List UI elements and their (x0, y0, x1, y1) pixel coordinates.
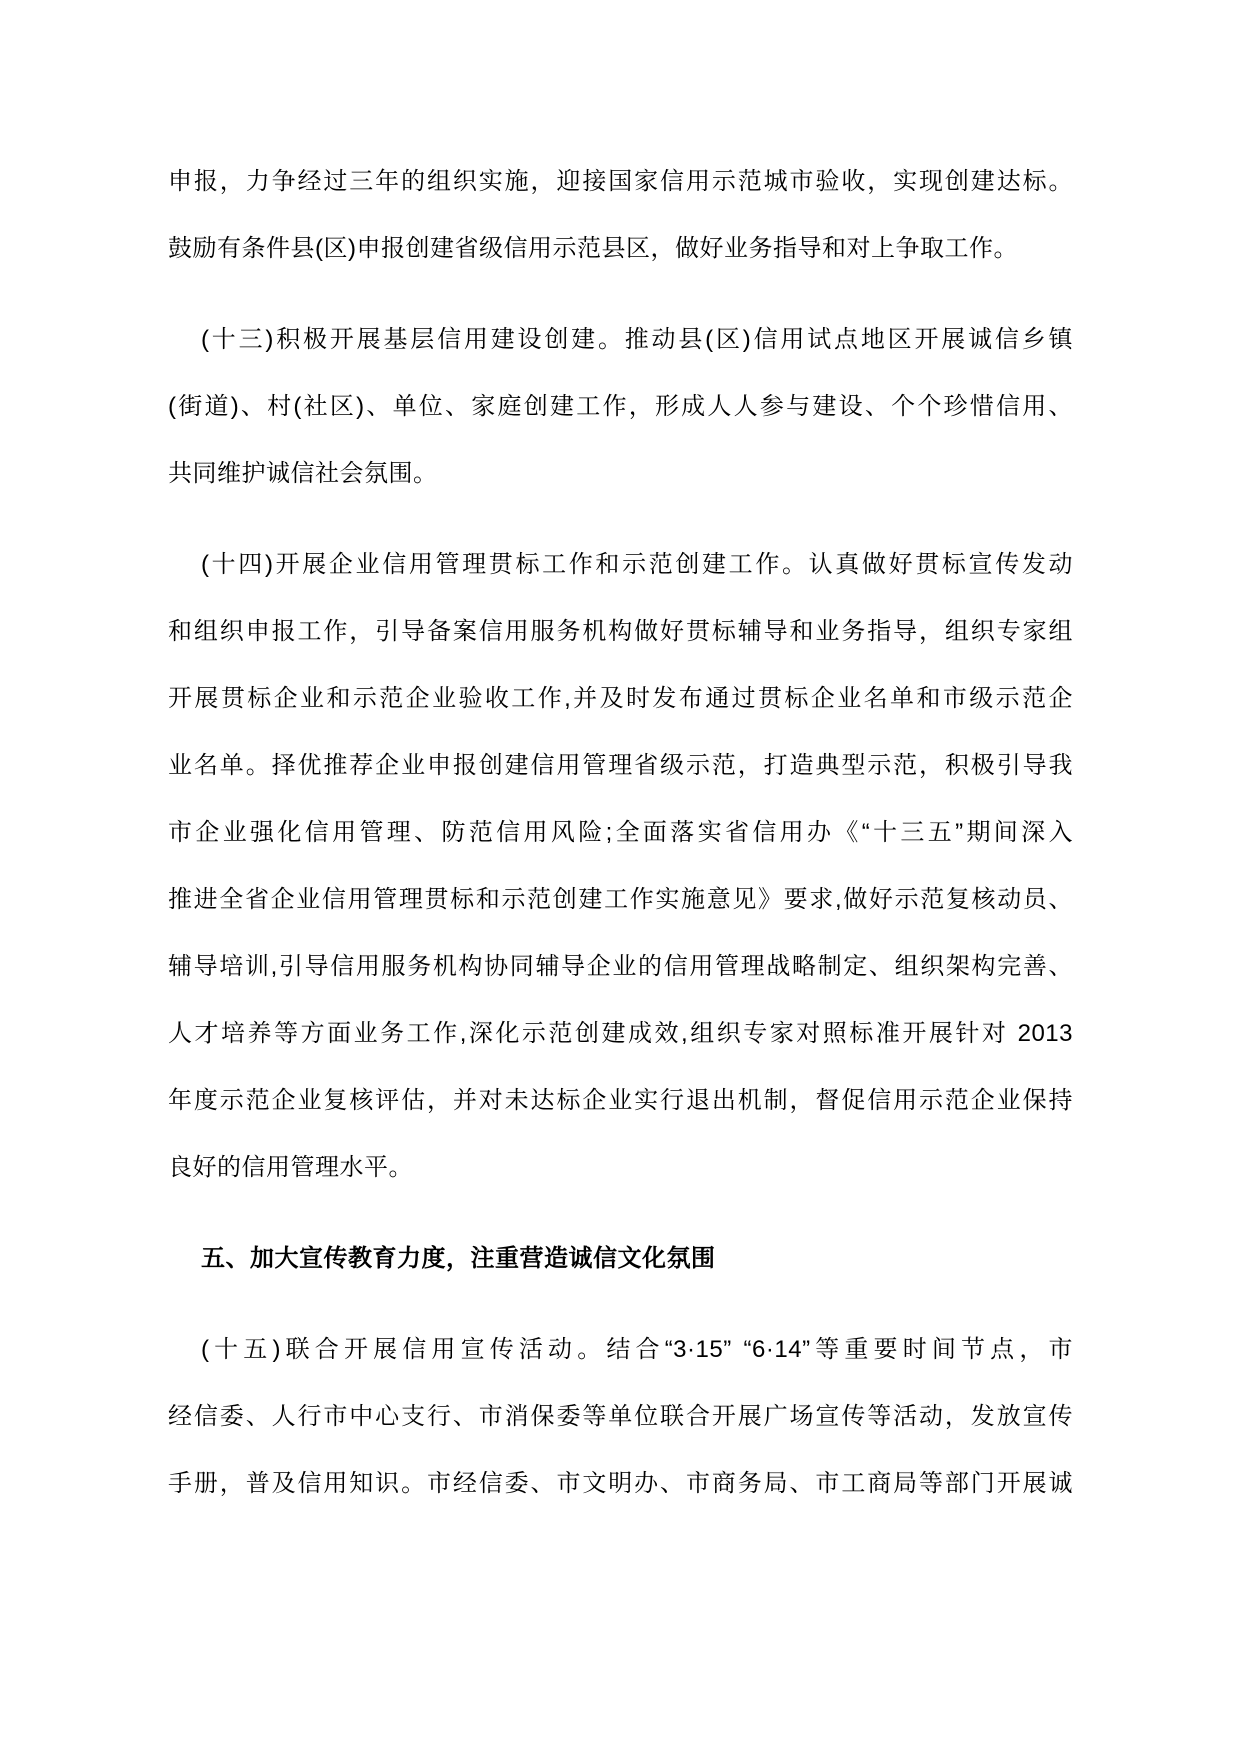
section-heading-text: 五、加大宣传教育力度，注重营造诚信文化氛围 (168, 1225, 1073, 1292)
text-line: (十五)联合开展信用宣传活动。结合“3·15” “6·14”等重要时间节点，市 (168, 1316, 1073, 1383)
text-line: 年度示范企业复核评估，并对未达标企业实行退出机制，督促信用示范企业保持 (168, 1067, 1073, 1134)
text-line: (十四)开展企业信用管理贯标工作和示范创建工作。认真做好贯标宣传发动 (168, 531, 1073, 598)
text-line: 辅导培训,引导信用服务机构协同辅导企业的信用管理战略制定、组织架构完善、 (168, 933, 1073, 1000)
text-line: 开展贯标企业和示范企业验收工作,并及时发布通过贯标企业名单和市级示范企 (168, 665, 1073, 732)
document-page: 申报，力争经过三年的组织实施，迎接国家信用示范城市验收，实现创建达标。 鼓励有条… (0, 0, 1241, 1754)
text-line: (街道)、村(社区)、单位、家庭创建工作，形成人人参与建设、个个珍惜信用、 (168, 373, 1073, 440)
paragraph-item-13: (十三)积极开展基层信用建设创建。推动县(区)信用试点地区开展诚信乡镇 (街道)… (168, 306, 1073, 507)
text-line: 业名单。择优推荐企业申报创建信用管理省级示范，打造典型示范，积极引导我 (168, 732, 1073, 799)
text-line: 申报，力争经过三年的组织实施，迎接国家信用示范城市验收，实现创建达标。 (168, 148, 1073, 215)
section-heading: 五、加大宣传教育力度，注重营造诚信文化氛围 (168, 1225, 1073, 1292)
text-line: (十三)积极开展基层信用建设创建。推动县(区)信用试点地区开展诚信乡镇 (168, 306, 1073, 373)
paragraph-item-15: (十五)联合开展信用宣传活动。结合“3·15” “6·14”等重要时间节点，市 … (168, 1316, 1073, 1517)
paragraph-continuation: 申报，力争经过三年的组织实施，迎接国家信用示范城市验收，实现创建达标。 鼓励有条… (168, 148, 1073, 282)
text-line: 人才培养等方面业务工作,深化示范创建成效,组织专家对照标准开展针对 2013 (168, 1000, 1073, 1067)
text-line: 市企业强化信用管理、防范信用风险;全面落实省信用办《“十三五”期间深入 (168, 799, 1073, 866)
text-line: 经信委、人行市中心支行、市消保委等单位联合开展广场宣传等活动，发放宣传 (168, 1383, 1073, 1450)
paragraph-item-14: (十四)开展企业信用管理贯标工作和示范创建工作。认真做好贯标宣传发动 和组织申报… (168, 531, 1073, 1201)
text-line: 推进全省企业信用管理贯标和示范创建工作实施意见》要求,做好示范复核动员、 (168, 866, 1073, 933)
text-line: 良好的信用管理水平。 (168, 1134, 1073, 1201)
text-line: 和组织申报工作，引导备案信用服务机构做好贯标辅导和业务指导，组织专家组 (168, 598, 1073, 665)
text-line: 共同维护诚信社会氛围。 (168, 440, 1073, 507)
text-line: 鼓励有条件县(区)申报创建省级信用示范县区，做好业务指导和对上争取工作。 (168, 215, 1073, 282)
text-line: 手册，普及信用知识。市经信委、市文明办、市商务局、市工商局等部门开展诚 (168, 1450, 1073, 1517)
